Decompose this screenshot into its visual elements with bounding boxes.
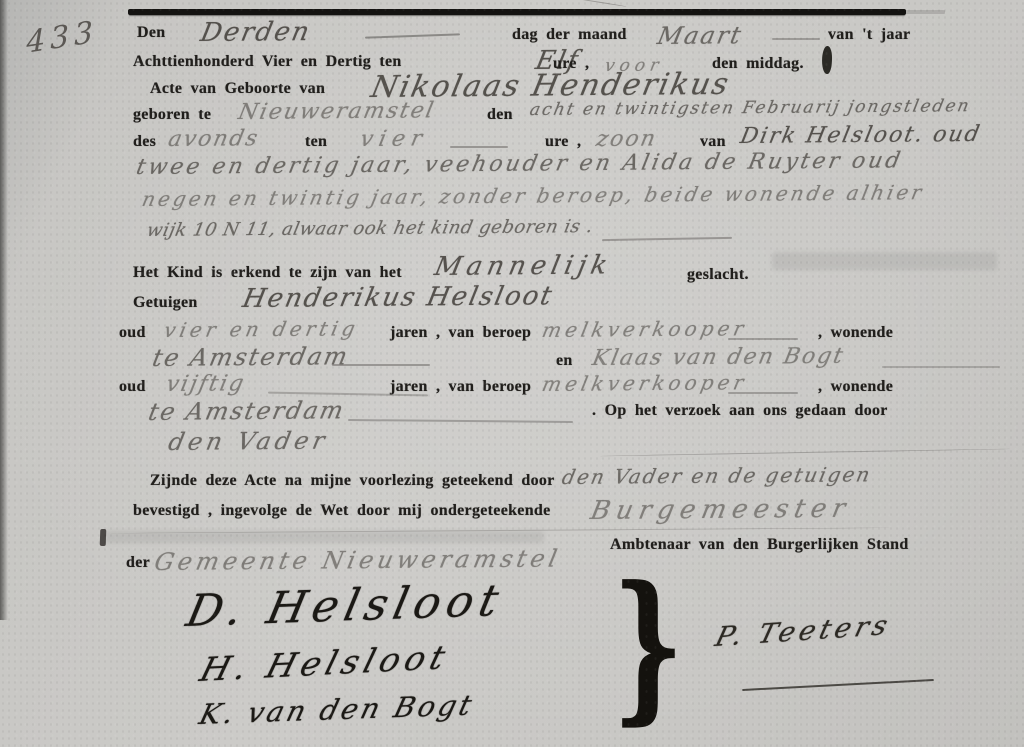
filler-dash — [882, 366, 1000, 368]
handwritten-gender: Mannelijk — [432, 250, 615, 282]
printed-op-verzoek: . Op het verzoek aan ons gedaan door — [592, 402, 888, 420]
handwritten-father-name: Dirk Helsloot. oud — [738, 122, 983, 149]
printed-den: den — [487, 106, 513, 124]
handwritten-month: Maart — [655, 21, 745, 50]
signature-witness2: K. van den Bogt — [196, 689, 478, 731]
filler-dash — [728, 338, 798, 340]
handwritten-day: Derden — [198, 17, 314, 48]
handwritten-witness2-name: Klaas van den Bogt — [590, 344, 847, 371]
printed-oud: oud — [119, 324, 146, 342]
printed-geboren-te: geboren te — [133, 106, 211, 124]
act-number: 433 — [26, 14, 98, 61]
printed-dag-der-maand: dag der maand — [512, 26, 627, 44]
printed-zijnde-acte: Zijnde deze Acte na mijne voorlezing get… — [150, 472, 555, 490]
handwritten-address: wijk 10 N 11, alwaar ook het kind gebore… — [145, 216, 595, 241]
handwritten-witness2-age: vijftig — [164, 371, 248, 397]
handwritten-gemeente: Gemeente Nieuweramstel — [152, 544, 563, 576]
signature-witness1: H. Helsloot — [196, 637, 455, 689]
ink-blot — [821, 46, 833, 75]
printed-geslacht: geslacht. — [687, 266, 749, 284]
filler-dash — [728, 392, 798, 394]
handwritten-witness1-name: Henderikus Helsloot — [240, 281, 556, 314]
handwritten-mother-age: negen en twintig jaar, zonder beroep, be… — [140, 180, 927, 211]
printed-jaren-beroep: jaren , van beroep — [390, 324, 531, 342]
signature-brace: } — [612, 566, 684, 727]
bleed-through-smudge — [772, 252, 997, 270]
scanned-birth-certificate: 433 Den Derden dag der maand Maart van '… — [0, 0, 1024, 747]
printed-oud: oud — [119, 378, 146, 396]
handwritten-witness1-residence: te Amsterdam — [150, 342, 352, 372]
filler-dash — [450, 146, 508, 148]
printed-jaren-beroep: jaren , van beroep — [390, 378, 531, 396]
bleed-through-line — [600, 448, 1010, 456]
signature-official: P. Teeters — [712, 610, 895, 653]
printed-kind-erkend: Het Kind is erkend te zijn van het — [133, 264, 402, 282]
printed-der: der — [126, 554, 150, 572]
printed-van-t-jaar: van 't jaar — [828, 26, 910, 44]
handwritten-avonds: avonds — [166, 126, 262, 152]
handwritten-official-title: Burgemeester — [588, 494, 854, 526]
filler-dash — [332, 364, 430, 366]
handwritten-witness2-residence: te Amsterdam — [146, 396, 348, 426]
handwritten-birthplace: Nieuweramstel — [236, 98, 437, 125]
filler-dash — [772, 38, 820, 40]
printed-year-ten: Achttienhonderd Vier en Dertig ten — [133, 53, 402, 71]
printed-bevestigd: bevestigd , ingevolge de Wet door mij on… — [133, 502, 551, 520]
printed-en: en — [556, 352, 573, 370]
handwritten-witness2-occupation: melkverkooper — [540, 370, 750, 396]
handwritten-witness1-age: vier en dertig — [162, 316, 361, 342]
printed-van: van — [700, 133, 726, 151]
signature-underline — [742, 679, 934, 691]
scan-left-edge-shadow — [0, 0, 8, 620]
handwritten-witness1-occupation: melkverkooper — [540, 316, 750, 342]
handwritten-birth-hour: vier — [358, 126, 430, 152]
printed-wonende: , wonende — [818, 324, 893, 342]
filler-dash — [602, 237, 732, 241]
printed-den: Den — [137, 24, 165, 42]
handwritten-signed-by: den Vader en de getuigen — [560, 462, 874, 489]
ink-mark — [100, 529, 107, 546]
handwritten-father-age-mother: twee en dertig jaar, veehouder en Alida … — [134, 148, 905, 180]
printed-ten: ten — [305, 133, 327, 151]
signature-father: D. Helsloot — [182, 575, 509, 637]
handwritten-zoon: zoon — [594, 126, 659, 152]
top-rule — [128, 9, 906, 15]
handwritten-requested-by: den Vader — [166, 427, 331, 456]
printed-wonende: , wonende — [818, 378, 893, 396]
printed-ure: ure , — [545, 133, 581, 151]
printed-acte-van-geboorte: Acte van Geboorte van — [150, 80, 325, 98]
printed-getuigen: Getuigen — [133, 294, 198, 312]
filler-dash — [348, 419, 573, 423]
filler-dash — [365, 33, 460, 38]
cut-off-pen-stroke — [575, 0, 627, 7]
printed-des: des — [133, 133, 156, 151]
handwritten-birthdate: acht en twintigsten Februarij jongstlede… — [528, 96, 973, 120]
